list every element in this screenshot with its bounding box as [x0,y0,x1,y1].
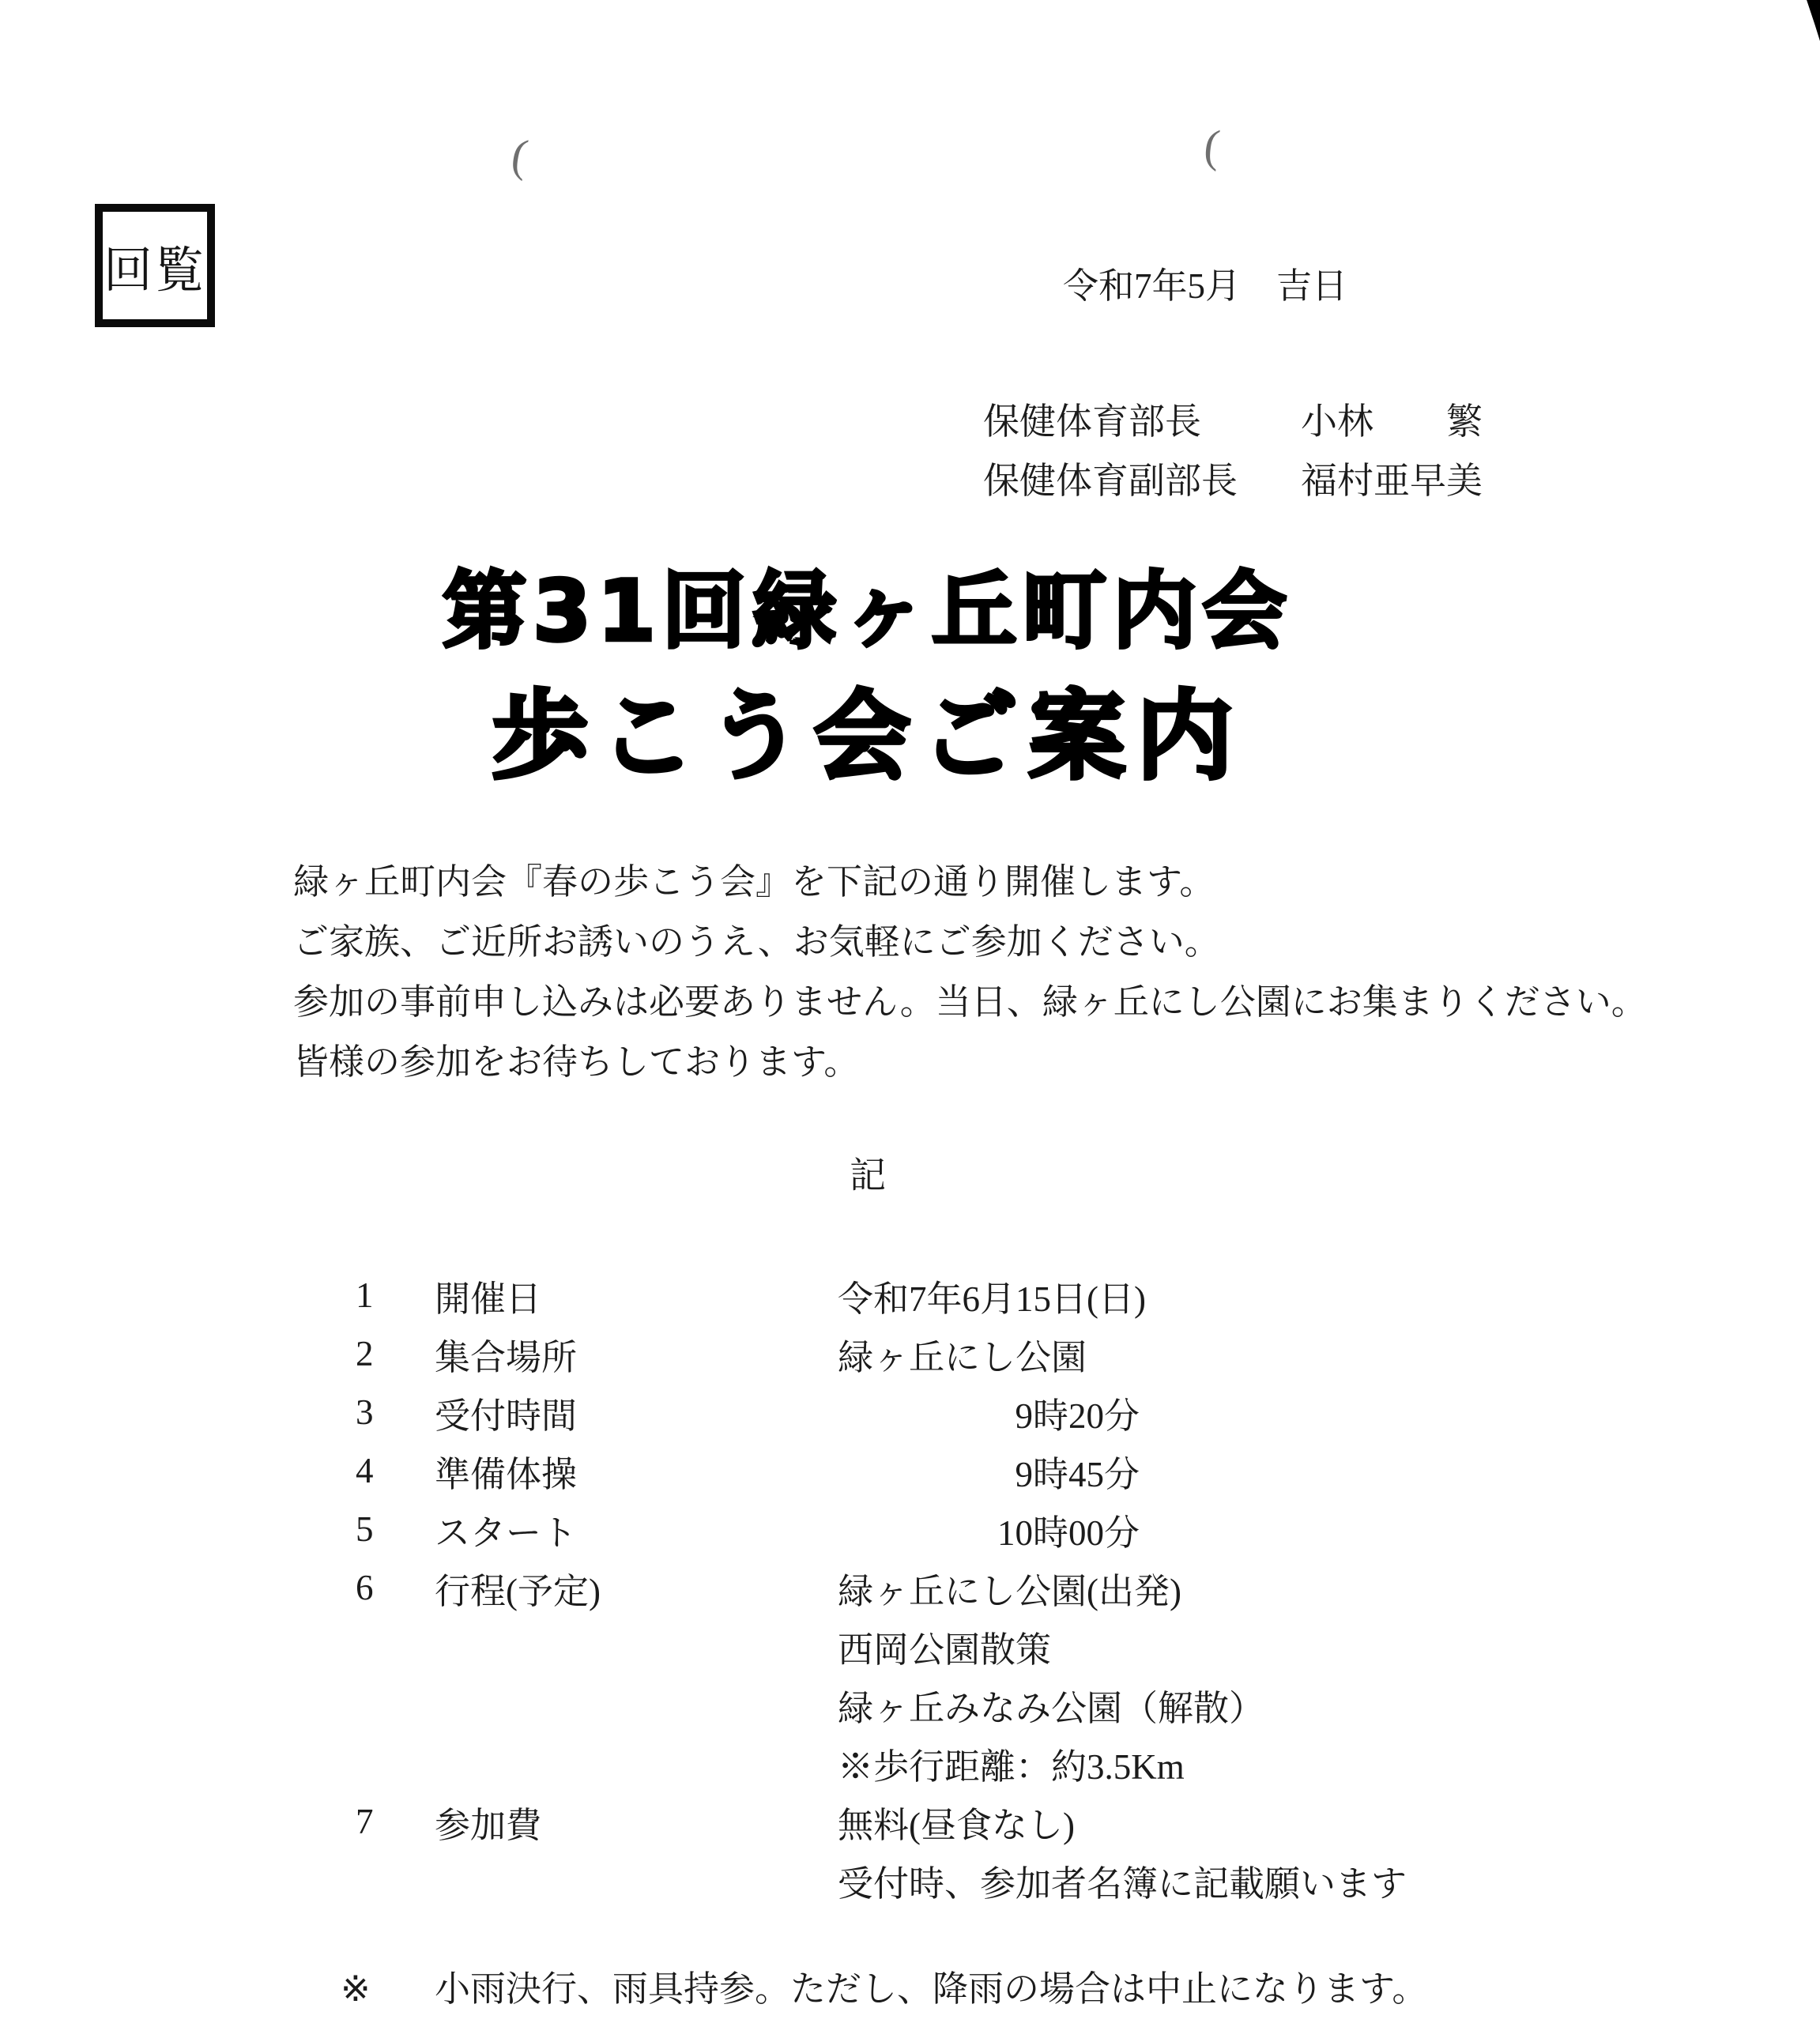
agenda-row: 7 参加費 無料(昼食なし) [356,1792,1699,1851]
body-paragraph-line: 緑ヶ丘町内会『春の歩こう会』を下記の通り開催します。 [293,852,1647,912]
circulation-stamp-label: 回覧 [104,231,206,301]
agenda-number: 2 [356,1333,435,1374]
agenda-label: 準備体操 [435,1445,838,1497]
signatory-name: 福村亜早美 [1301,452,1483,504]
agenda-number: 7 [356,1801,435,1842]
agenda-value: 10時00分 [838,1504,1140,1555]
footnote: ※ 小雨決行、雨具持参。ただし、降雨の場合は中止になります。 [341,1969,1427,2009]
agenda-row: 1 開催日 令和7年6月15日(日) [356,1266,1699,1324]
agenda-value: 無料(昼食なし) [838,1796,1699,1848]
agenda-value: 9時45分 [838,1445,1140,1497]
signatory-title: 保健体育部長 [983,393,1301,445]
agenda-label: 参加費 [435,1796,838,1848]
agenda-row: 6 行程(予定) 緑ヶ丘にし公園(出発) [356,1558,1699,1617]
agenda-subvalue: 西岡公園散策 [838,1621,1699,1672]
agenda-subrow: 西岡公園散策 [356,1617,1699,1675]
agenda-list: 1 開催日 令和7年6月15日(日) 2 集合場所 緑ヶ丘にし公園 3 受付時間… [356,1266,1699,1909]
agenda-number: 1 [356,1275,435,1316]
agenda-subrow: 緑ヶ丘みなみ公園（解散） [356,1675,1699,1734]
agenda-subvalue: 緑ヶ丘みなみ公園（解散） [838,1679,1699,1731]
agenda-row: 3 受付時間 9時20分 [356,1383,1699,1441]
agenda-value: 緑ヶ丘にし公園(出発) [838,1562,1699,1614]
scan-artifact-paren: ( [509,132,531,179]
footnote-text: 小雨決行、雨具持参。ただし、降雨の場合は中止になります。 [435,1969,1427,2009]
agenda-label: 受付時間 [435,1387,838,1438]
signatory-row: 保健体育副部長 福村亜早美 [983,448,1483,507]
signatory-block: 保健体育部長 小林 繁 保健体育副部長 福村亜早美 [983,389,1483,507]
issue-date: 令和7年5月 吉日 [1063,266,1347,307]
agenda-subvalue: ※歩行距離：約3.5Km [838,1738,1699,1789]
agenda-row: 4 準備体操 9時45分 [356,1441,1699,1500]
agenda-label: スタート [435,1504,838,1555]
notice-title: 第31回緑ヶ丘町内会 歩こう会ご案内 [0,550,1735,800]
agenda-label: 行程(予定) [435,1562,838,1614]
circulation-stamp: 回覧 [95,204,215,327]
notice-body: 緑ヶ丘町内会『春の歩こう会』を下記の通り開催します。 ご家族、ご近所お誘いのうえ… [293,852,1647,1092]
notice-title-line1: 第31回緑ヶ丘町内会 [0,550,1735,673]
agenda-number: 3 [356,1392,435,1433]
agenda-subvalue: 受付時、参加者名簿に記載願います [838,1855,1699,1906]
agenda-value: 緑ヶ丘にし公園 [838,1328,1699,1380]
notice-title-line2: 歩こう会ご案内 [0,673,1735,800]
signatory-name: 小林 繁 [1301,393,1483,445]
agenda-number: 5 [356,1509,435,1550]
scanned-notice-page: ( ( 回覧 令和7年5月 吉日 保健体育部長 小林 繁 保健体育副部長 福村亜… [0,0,1820,2023]
agenda-number: 6 [356,1567,435,1608]
scan-corner-mark [1799,0,1820,41]
agenda-row: 5 スタート 10時00分 [356,1500,1699,1558]
footnote-marker: ※ [341,1969,435,2009]
agenda-number: 4 [356,1450,435,1491]
signatory-title: 保健体育副部長 [983,452,1301,504]
agenda-subrow: 受付時、参加者名簿に記載願います [356,1851,1699,1909]
record-marker: 記 [0,1147,1735,1204]
agenda-label: 開催日 [435,1270,838,1321]
body-paragraph-line: ご家族、ご近所お誘いのうえ、お気軽にご参加ください。 [293,912,1647,972]
agenda-value: 令和7年6月15日(日) [838,1270,1699,1321]
agenda-value: 9時20分 [838,1387,1140,1438]
body-paragraph-line: 皆様の参加をお待ちしております。 [293,1032,1647,1092]
signatory-row: 保健体育部長 小林 繁 [983,389,1483,448]
scan-artifact-paren: ( [1202,122,1222,170]
agenda-row: 2 集合場所 緑ヶ丘にし公園 [356,1324,1699,1383]
body-paragraph-line: 参加の事前申し込みは必要ありません。当日、緑ヶ丘にし公園にお集まりください。 [293,972,1647,1032]
agenda-label: 集合場所 [435,1328,838,1380]
agenda-subrow: ※歩行距離：約3.5Km [356,1734,1699,1792]
